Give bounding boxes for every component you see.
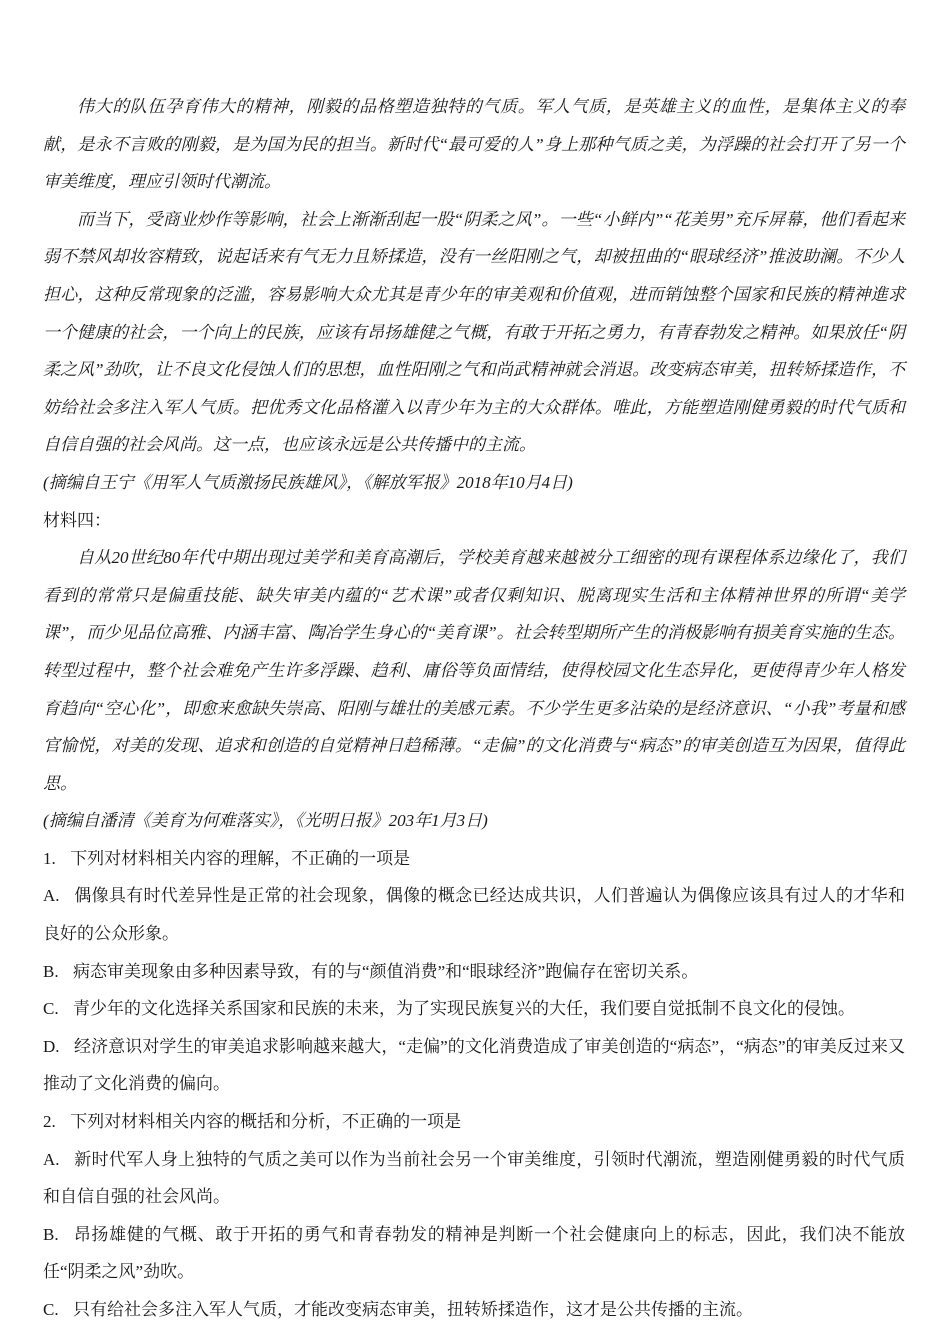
question-1-option-a-letter: A. [43, 886, 60, 905]
question-1-option-b: B.病态审美现象由多种因素导致，有的与“颜值消费”和“眼球经济”跑偏存在密切关系… [43, 953, 905, 991]
question-1-option-c: C.青少年的文化选择关系国家和民族的未来，为了实现民族复兴的大任，我们要自觉抵制… [43, 990, 905, 1028]
material-four-paragraph-1: 自从20世纪80年代中期出现过美学和美育高潮后，学校美育越来越被分工细密的现有课… [43, 539, 905, 802]
material-three-paragraph-2: 而当下，受商业炒作等影响，社会上渐渐刮起一股“阴柔之风”。一些“小鲜内”“花美男… [43, 201, 905, 464]
question-1-text: 下列对材料相关内容的理解，不正确的一项是 [70, 849, 410, 868]
question-1-option-d-letter: D. [43, 1037, 60, 1056]
question-1-option-b-text: 病态审美现象由多种因素导致，有的与“颜值消费”和“眼球经济”跑偏存在密切关系。 [73, 962, 698, 981]
question-2-option-b-text: 昂扬雄健的气概、敢于开拓的勇气和青春勃发的精神是判断一个社会健康向上的标志，因此… [43, 1225, 905, 1282]
document-page: 伟大的队伍孕育伟大的精神，刚毅的品格塑造独特的气质。军人气质，是英雄主义的血性，… [0, 0, 950, 1344]
material-four-citation: (摘编自潘清《美育为何难落实》，《光明日报》203年1月3日) [43, 802, 905, 840]
material-three-citation: (摘编自王宁《用军人气质激扬民族雄风》，《解放军报》2018年10月4日) [43, 464, 905, 502]
question-1-number: 1. [43, 849, 56, 868]
question-2-text: 下列对材料相关内容的概括和分析，不正确的一项是 [70, 1112, 461, 1131]
question-2-option-a-text: 新时代军人身上独特的气质之美可以作为当前社会另一个审美维度，引领时代潮流，塑造刚… [43, 1150, 905, 1207]
question-2-number: 2. [43, 1112, 56, 1131]
question-2-option-b: B.昂扬雄健的气概、敢于开拓的勇气和青春勃发的精神是判断一个社会健康向上的标志，… [43, 1216, 905, 1291]
question-1-option-d: D.经济意识对学生的审美追求影响越来越大，“走偏”的文化消费造成了审美创造的“病… [43, 1028, 905, 1103]
question-2-option-a: A.新时代军人身上独特的气质之美可以作为当前社会另一个审美维度，引领时代潮流，塑… [43, 1141, 905, 1216]
question-1-option-c-letter: C. [43, 999, 59, 1018]
question-2-option-c-letter: C. [43, 1300, 59, 1319]
question-2-option-c-text: 只有给社会多注入军人气质，才能改变病态审美，扭转矫揉造作，这才是公共传播的主流。 [73, 1300, 753, 1319]
question-1-option-a-text: 偶像具有时代差异性是正常的社会现象，偶像的概念已经达成共识，人们普遍认为偶像应该… [43, 886, 905, 943]
question-1-option-c-text: 青少年的文化选择关系国家和民族的未来，为了实现民族复兴的大任，我们要自觉抵制不良… [73, 999, 855, 1018]
material-three-paragraph-1: 伟大的队伍孕育伟大的精神，刚毅的品格塑造独特的气质。军人气质，是英雄主义的血性，… [43, 88, 905, 201]
question-2-option-b-letter: B. [43, 1225, 59, 1244]
question-1-option-d-text: 经济意识对学生的审美追求影响越来越大，“走偏”的文化消费造成了审美创造的“病态”… [43, 1037, 905, 1094]
question-2-option-a-letter: A. [43, 1150, 60, 1169]
question-1-option-b-letter: B. [43, 962, 59, 981]
question-2-stem: 2.下列对材料相关内容的概括和分析，不正确的一项是 [43, 1103, 905, 1141]
question-1-option-a: A.偶像具有时代差异性是正常的社会现象，偶像的概念已经达成共识，人们普遍认为偶像… [43, 877, 905, 952]
question-2-option-c: C.只有给社会多注入军人气质，才能改变病态审美，扭转矫揉造作，这才是公共传播的主… [43, 1291, 905, 1329]
material-four-label: 材料四： [43, 502, 905, 540]
question-1-stem: 1.下列对材料相关内容的理解，不正确的一项是 [43, 840, 905, 878]
